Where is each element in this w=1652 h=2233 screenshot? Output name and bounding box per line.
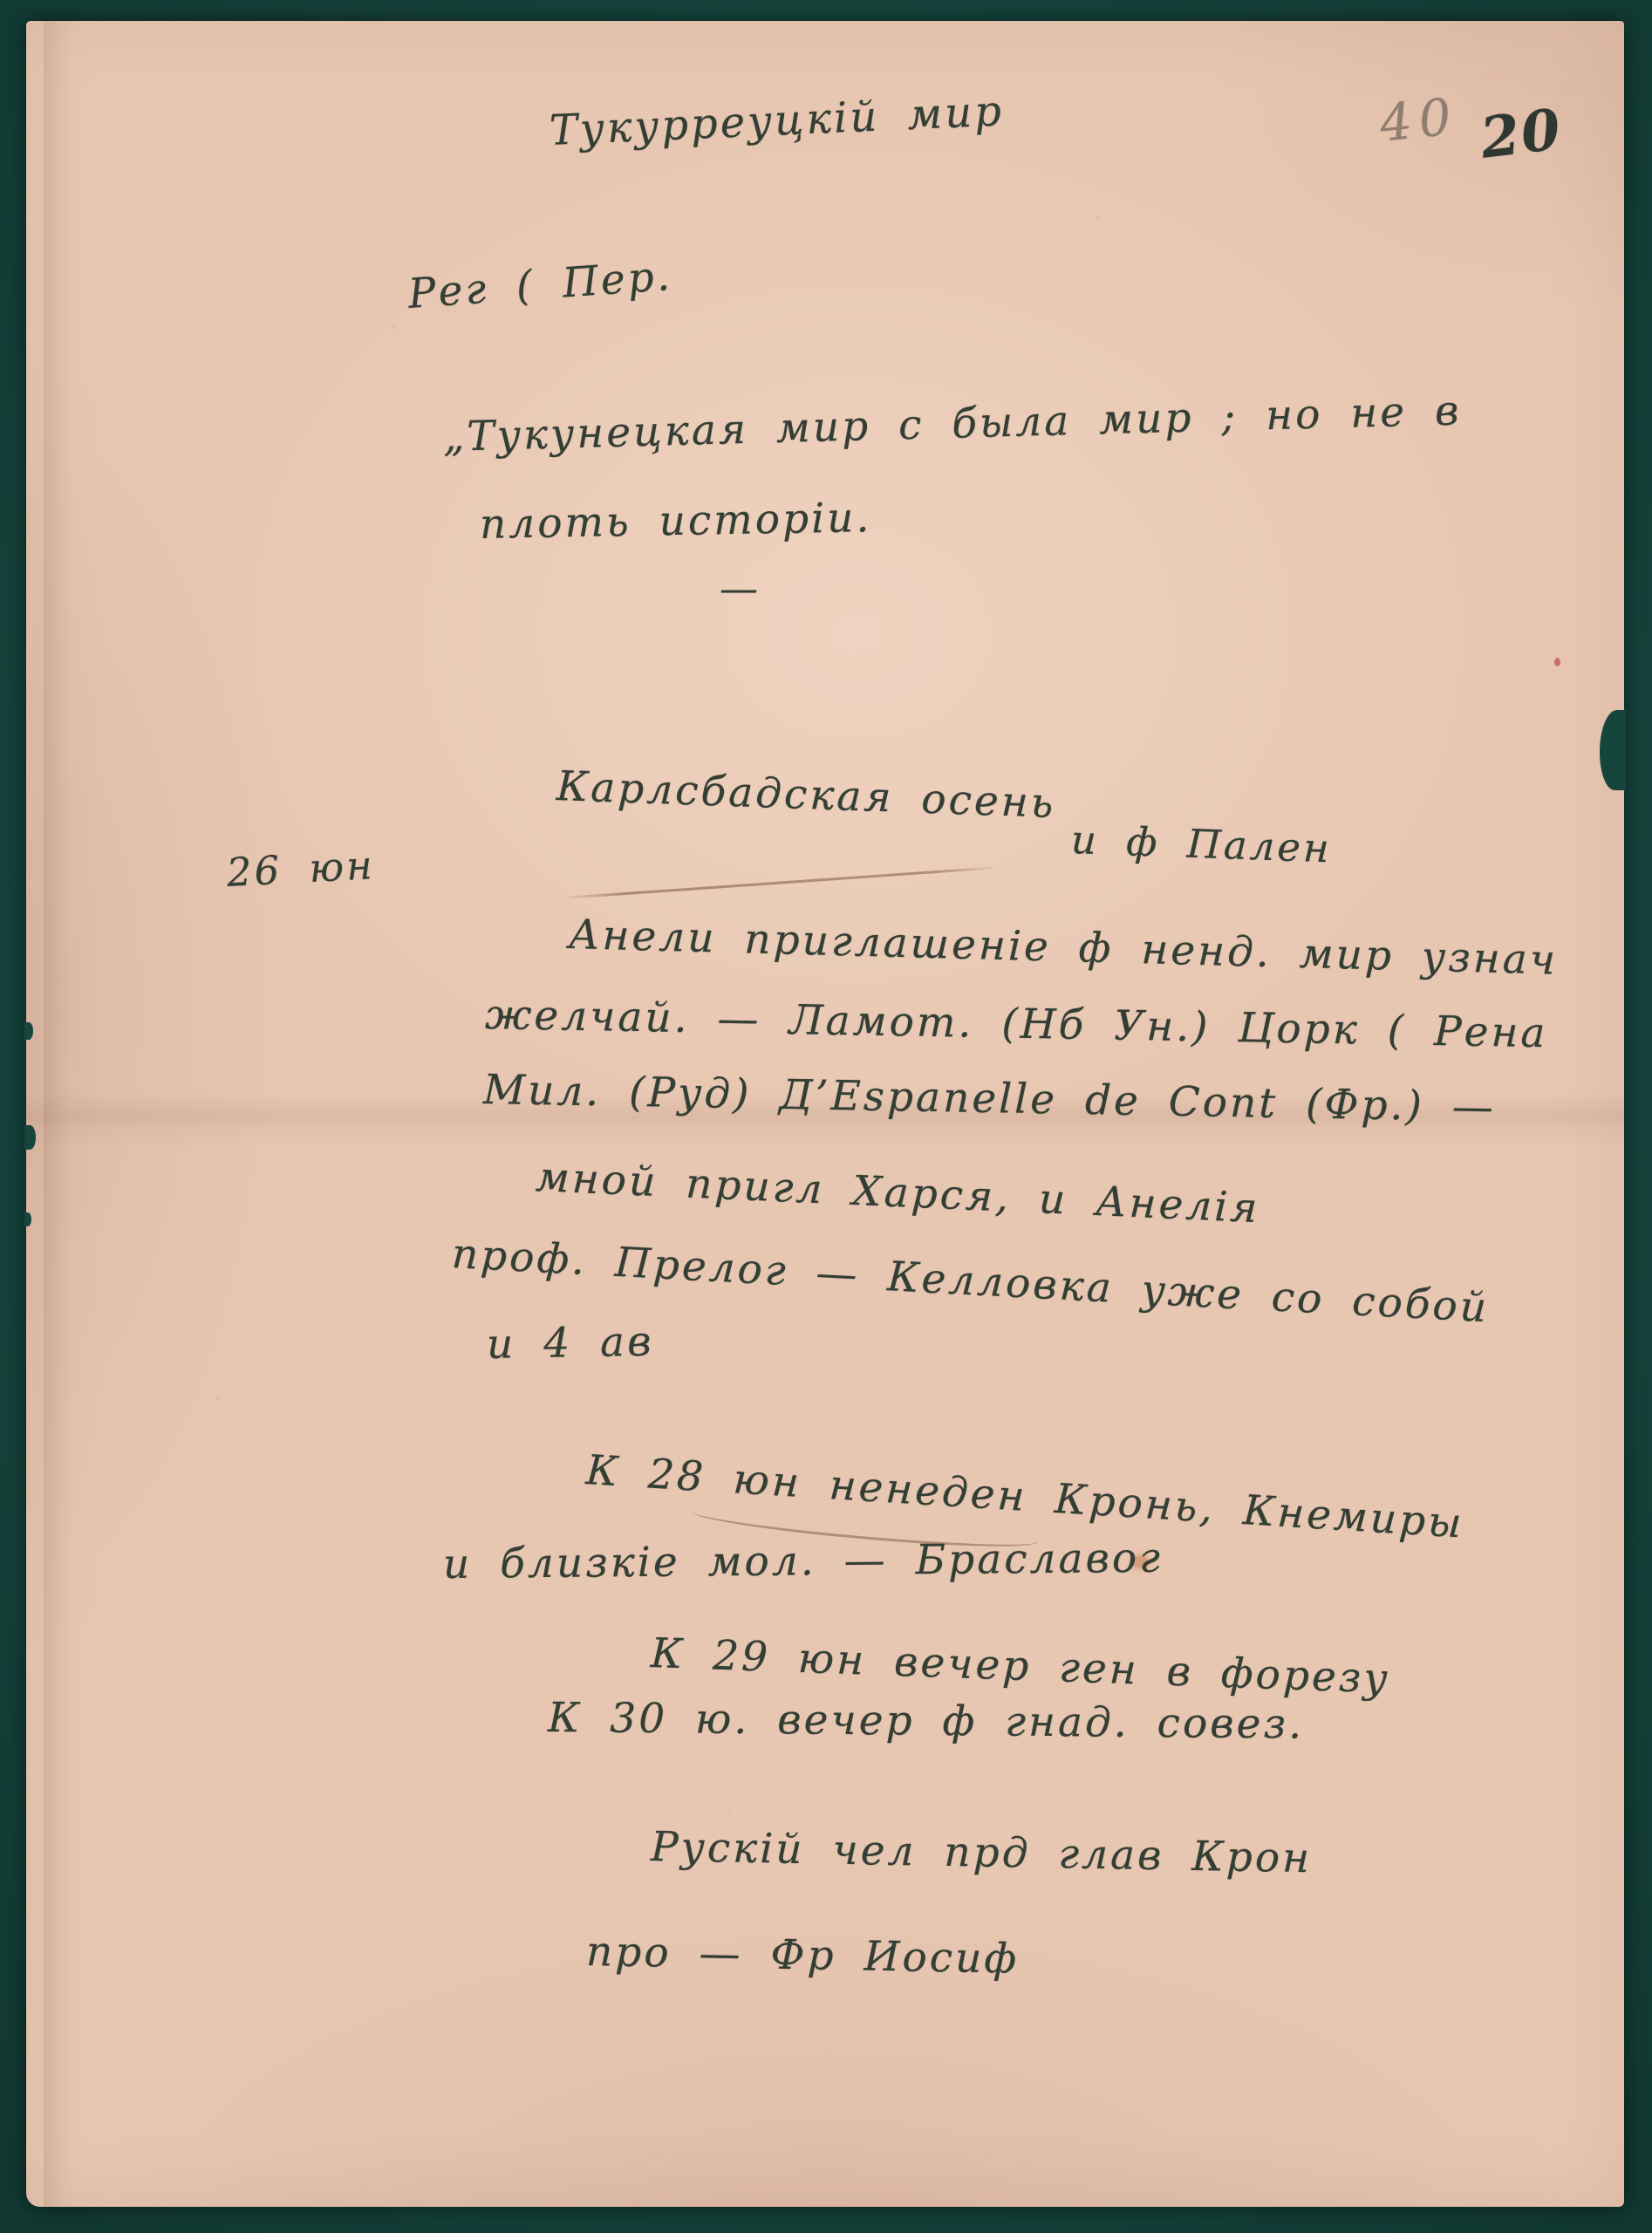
handwriting-line: про — Фр Иосиф bbox=[586, 1928, 1020, 1984]
paper-tear bbox=[24, 1022, 33, 1040]
paper-tear bbox=[1600, 710, 1626, 790]
page-number-ink: 20 bbox=[1477, 97, 1566, 172]
section-heading-continuation: и ф Пален bbox=[1070, 816, 1332, 871]
pencil-underline bbox=[563, 866, 998, 899]
handwriting-line: К 29 юн вечер ген в форезу bbox=[650, 1629, 1391, 1704]
handwriting-line: К 28 юн ненеден Кронь, Кнемиры bbox=[584, 1446, 1465, 1547]
handwriting-line: мной пригл Харся, и Анелія bbox=[535, 1153, 1261, 1233]
page-number-pencil: 40 bbox=[1376, 86, 1460, 154]
handwriting-line: и близкіе мол. — Браславог bbox=[443, 1534, 1163, 1588]
epigraph-line: „Тукунецкая мир с была мир ; но не в bbox=[442, 386, 1462, 461]
handwriting-line: Рускій чел прд глав Крон bbox=[651, 1823, 1313, 1882]
manuscript-title: Тукурреуцкій мир bbox=[549, 86, 1005, 155]
handwriting-line: К 30 ю. вечер ф гнад. совез. bbox=[548, 1694, 1305, 1749]
section-heading: Карлсбадская осень bbox=[556, 762, 1056, 828]
paper-tear bbox=[24, 1125, 36, 1150]
photo-background: { "document": { "kind": "handwritten man… bbox=[0, 0, 1652, 2233]
handwriting-line: и 4 ав bbox=[487, 1318, 654, 1369]
manuscript-page: 40 20 Тукурреуцкій мир Рег ( Пер. „Тукун… bbox=[26, 21, 1624, 2207]
handwriting-line: Мил. (Руд) Д’Espanelle de Cont (Фр.) — bbox=[483, 1066, 1497, 1131]
handwriting-line: Анели приглашеніе ф ненд. мир узнач bbox=[568, 911, 1558, 985]
handwriting-line: проф. Прелог — Келловка уже со собой bbox=[451, 1230, 1491, 1332]
paper-tear bbox=[24, 1212, 31, 1226]
handwriting-line: желчай. — Ламот. (Нб Ун.) Цорк ( Рена bbox=[485, 991, 1548, 1057]
red-ink-speck bbox=[1554, 658, 1560, 666]
vertical-fold-crease bbox=[44, 21, 73, 2207]
divider-dash: — bbox=[720, 567, 761, 611]
register-note: Рег ( Пер. bbox=[406, 252, 673, 318]
epigraph-line: плоть исторіи. bbox=[480, 494, 872, 549]
margin-date: 26 юн bbox=[226, 842, 376, 896]
